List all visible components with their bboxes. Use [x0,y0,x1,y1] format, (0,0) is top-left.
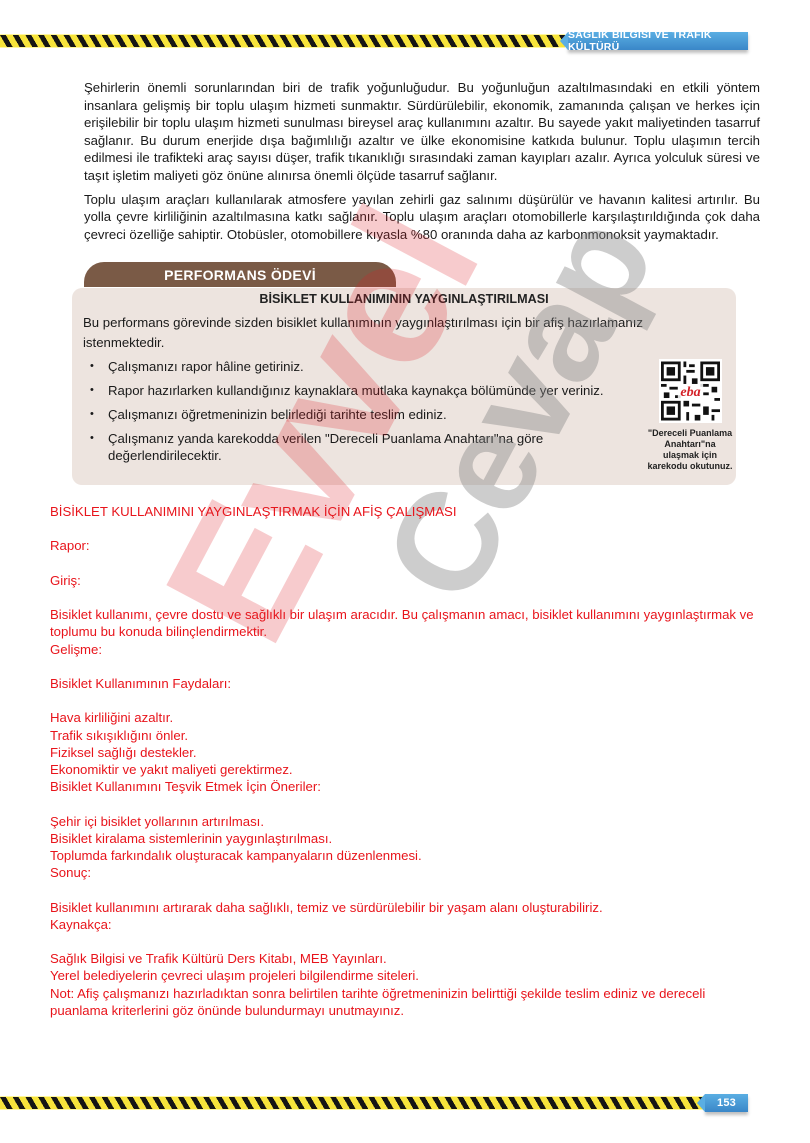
intro-text: Şehirlerin önemli sorunlarından biri de … [84,79,760,249]
answer-line: Giriş: [50,572,780,589]
answer-line: Hava kirliliğini azaltır. [50,709,780,726]
performance-item: Rapor hazırlarken kullandığınız kaynakla… [90,382,635,399]
answer-line [50,589,780,606]
answer-line: Kaynakça: [50,916,780,933]
qr-code-graphic: eba [661,361,720,421]
performance-item: Çalışmanız yanda karekodda verilen "Dere… [90,430,635,464]
page-number: 153 [717,1097,736,1109]
answer-line: Sağlık Bilgisi ve Trafik Kültürü Ders Ki… [50,950,780,967]
answer-line: toplumu bu konuda bilinçlendirmektir. [50,623,780,640]
performance-item: Çalışmanızı rapor hâline getiriniz. [90,358,635,375]
answer-line: Sonuç: [50,864,780,881]
answer-line [50,658,780,675]
book-title: SAĞLIK BİLGİSİ VE TRAFİK KÜLTÜRÜ [568,29,748,53]
answer-line: Bisiklet kullanımını artırarak daha sağl… [50,899,780,916]
page-number-ribbon: 153 [705,1094,748,1112]
performance-description: Bu performans görevinde sizden bisiklet … [83,313,723,353]
intro-paragraph: Toplu ulaşım araçları kullanılarak atmos… [84,191,760,244]
hazard-stripe-top [0,34,565,48]
answer-line: puanlama kriterlerini göz önünde bulundu… [50,1002,780,1019]
answer-line: Bisiklet Kullanımını Teşvik Etmek İçin Ö… [50,778,780,795]
answer-line [50,933,780,950]
performance-tab-label: PERFORMANS ÖDEVİ [164,267,316,283]
answer-line: Rapor: [50,537,780,554]
answer-line: BİSİKLET KULLANIMINI YAYGINLAŞTIRMAK İÇİ… [50,503,780,520]
performance-item: Çalışmanızı öğretmeninizin belirlediği t… [90,406,635,423]
answer-line [50,520,780,537]
answer-line: Bisiklet kiralama sistemlerinin yaygınla… [50,830,780,847]
answer-line: Not: Afiş çalışmanızı hazırladıktan sonr… [50,985,780,1002]
answer-line: Gelişme: [50,641,780,658]
answer-line: Bisiklet Kullanımının Faydaları: [50,675,780,692]
answer-line: Bisiklet kullanımı, çevre dostu ve sağlı… [50,606,780,623]
answer-line: Yerel belediyelerin çevreci ulaşım proje… [50,967,780,984]
qr-code-icon[interactable]: eba [659,359,722,423]
answer-line [50,795,780,812]
answer-line: Fiziksel sağlığı destekler. [50,744,780,761]
eba-logo: eba [680,384,700,400]
performance-title: BİSİKLET KULLANIMININ YAYGINLAŞTIRILMASI [72,292,736,306]
answer-text: BİSİKLET KULLANIMINI YAYGINLAŞTIRMAK İÇİ… [50,503,780,1019]
hazard-stripe-bottom [0,1096,705,1110]
answer-line: Şehir içi bisiklet yollarının artırılmas… [50,813,780,830]
answer-line [50,555,780,572]
answer-line: Trafik sıkışıklığını önler. [50,727,780,744]
intro-paragraph: Şehirlerin önemli sorunlarından biri de … [84,79,760,185]
performance-tab: PERFORMANS ÖDEVİ [84,262,396,287]
answer-line: Ekonomiktir ve yakıt maliyeti gerektirme… [50,761,780,778]
performance-list: Çalışmanızı rapor hâline getiriniz. Rapo… [90,358,635,471]
answer-line: Toplumda farkındalık oluşturacak kampany… [50,847,780,864]
answer-line [50,881,780,898]
qr-caption: "Dereceli Puanlama Anahtarı"na ulaşmak i… [647,428,733,472]
performance-box: BİSİKLET KULLANIMININ YAYGINLAŞTIRILMASI… [72,288,736,485]
book-title-ribbon: SAĞLIK BİLGİSİ VE TRAFİK KÜLTÜRÜ [568,32,748,50]
answer-line [50,692,780,709]
